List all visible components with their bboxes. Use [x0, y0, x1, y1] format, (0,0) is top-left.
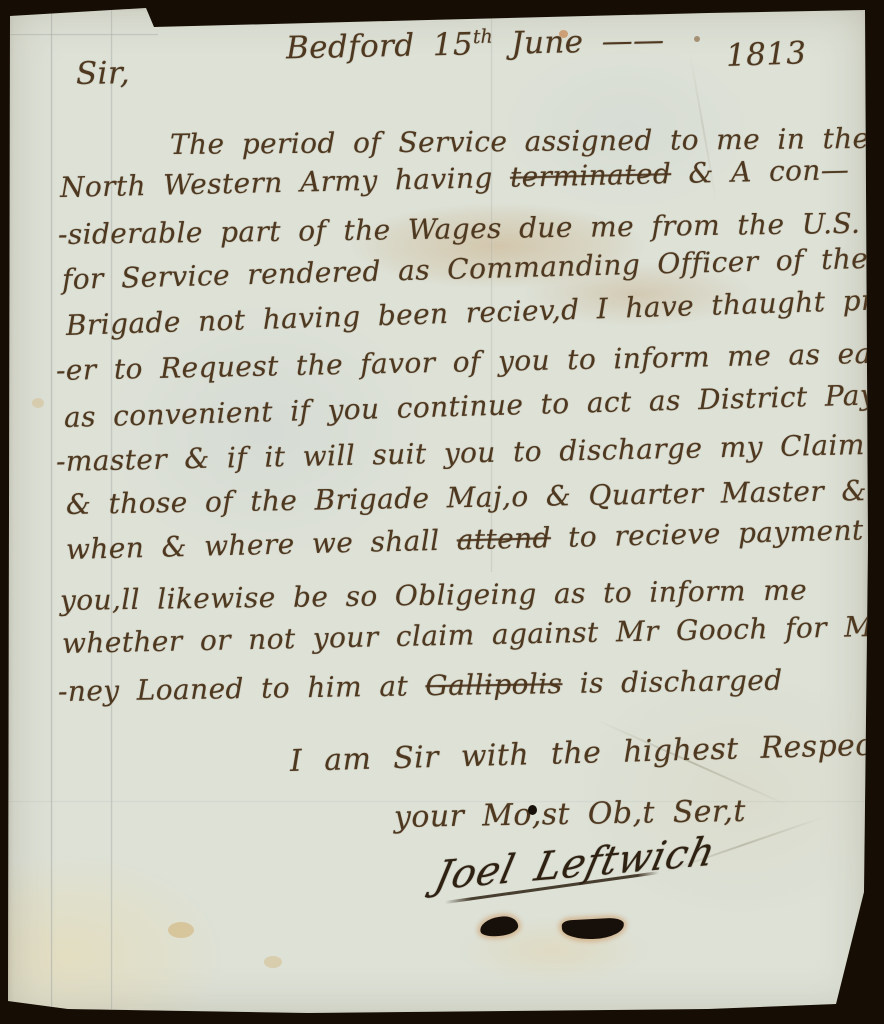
fold-line-left-1 — [50, 12, 53, 1008]
body-line-13: -ney Loaned to him at Gallipolis is disc… — [58, 664, 783, 708]
dateline-month: June —— — [493, 22, 665, 62]
body-line-8: -master & if it will suit you to dischar… — [56, 428, 865, 478]
body-line-9: & those of the Brigade Maj,o & Quarter M… — [66, 474, 867, 521]
age-speck — [694, 36, 700, 42]
body-line-11: you,ll likewise be so Obligeing as to in… — [60, 574, 808, 617]
body-line-10: when & where we shall attend to recieve … — [66, 514, 864, 566]
struck-word: Gallipolis — [425, 667, 563, 702]
dateline-ordinal-suffix: th — [473, 26, 493, 48]
body-line-10-text: to recieve payment — [550, 514, 864, 555]
closing-line-2: your Mo,st Ob,t Ser,t — [394, 794, 746, 835]
struck-word: attend — [456, 521, 551, 556]
dateline-place-day: Bedford 15 — [286, 26, 474, 66]
age-speck — [168, 922, 194, 938]
ink-blot — [562, 917, 625, 940]
fold-line-top-left — [8, 33, 158, 36]
letter-paper: Bedford 15th June —— 1813 Sir, The perio… — [8, 6, 868, 1016]
signature: Joel Leftwich — [431, 829, 721, 900]
body-line-13-text: is discharged — [562, 664, 783, 700]
body-line-12: whether or not your claim against Mr Goo… — [62, 609, 884, 660]
dateline-year: 1813 — [725, 35, 807, 74]
body-line-6: -er to Request the favor of you to infor… — [56, 336, 884, 387]
body-line-13-text: -ney Loaned to him at — [58, 669, 426, 708]
struck-word: terminated — [510, 157, 672, 194]
body-line-2-text: North Western Army having — [60, 161, 511, 204]
ink-blot — [479, 914, 520, 939]
body-line-7: as convenient if you continue to act as … — [64, 378, 884, 434]
letter-scan: Bedford 15th June —— 1813 Sir, The perio… — [0, 0, 884, 1024]
body-line-2-text: & A con— — [671, 153, 850, 190]
age-speck — [32, 398, 44, 408]
closing-line-1: I am Sir with the highest Respect — [290, 727, 884, 779]
body-line-10-text: when & where we shall — [66, 523, 458, 566]
dateline: Bedford 15th June —— — [286, 22, 665, 66]
salutation: Sir, — [76, 55, 131, 92]
age-speck — [264, 956, 282, 968]
